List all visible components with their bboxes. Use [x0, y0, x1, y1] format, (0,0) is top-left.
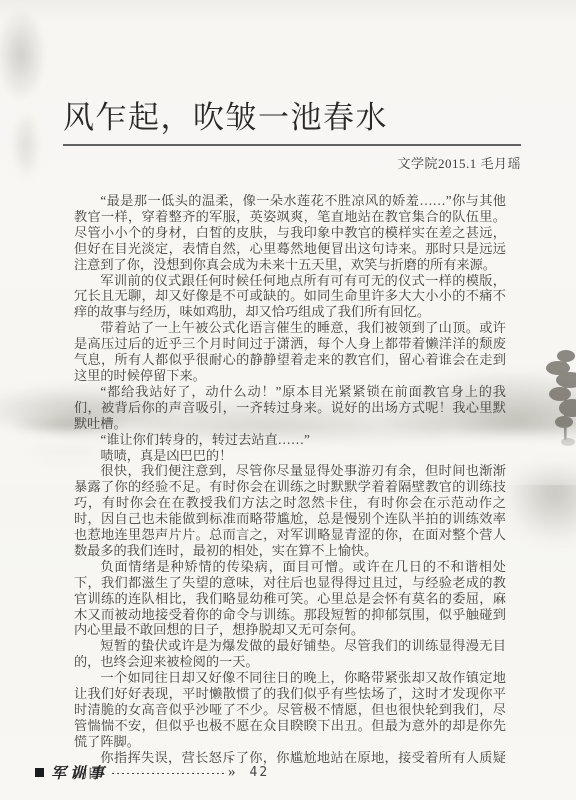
paragraph: “谁让你们转身的，转过去站直……” — [74, 432, 506, 448]
footer-arrow-glyph: » — [228, 764, 236, 781]
footer-square-bullet-icon — [35, 768, 44, 777]
footer-dotted-leader — [112, 773, 224, 775]
paragraph: “最是那一低头的温柔，像一朵水莲花不胜凉风的娇羞……”你与其他教官一样，穿着整齐… — [74, 193, 506, 273]
paragraph: 带着站了一上午被公式化语言催生的睡意，我们被领到了山顶。或许是高压过后的近乎三个… — [74, 320, 506, 384]
paragraph: 啧啧，真是凶巴巴的！ — [74, 448, 506, 464]
pine-tree-silhouette — [514, 342, 576, 482]
ink-smudge-decoration — [6, 95, 46, 195]
article-title: 风乍起，吹皱一池春水 — [63, 100, 521, 136]
article-byline: 文学院2015.1 毛月瑶 — [63, 153, 521, 172]
paragraph: 短暂的蛰伏或许是为爆发做的最好铺垫。尽管我们的训练显得漫无目的，也终会迎来被检阅… — [74, 638, 506, 670]
scanned-document-page: 风乍起，吹皱一池春水 文学院2015.1 毛月瑶 “最是那一低头的温柔，像一朵水… — [0, 0, 576, 800]
paragraph: 很快，我们便注意到，尽管你尽量显得处事游刃有余，但时间也渐渐暴露了你的经验不足。… — [74, 463, 506, 558]
paragraph: 负面情绪是种矫情的传染病，面目可憎。或许在几日的不和谐相处下，我们都滋生了失望的… — [74, 559, 506, 639]
journal-section-title: 军训事 — [51, 762, 108, 783]
paragraph: “都给我站好了，动什么动！”原本目光紧紧锁在前面教官身上的我们，被背后你的声音吸… — [74, 384, 506, 432]
title-underline — [63, 144, 521, 146]
paragraph: 一个如同往日却又好像不同往日的晚上，你略带紧张却又故作镇定地让我们好好表现，平时… — [74, 670, 506, 750]
page-footer: 军训事 » 42 — [35, 764, 269, 780]
watermark-reflection-right — [506, 458, 576, 543]
article-header: 风乍起，吹皱一池春水 文学院2015.1 毛月瑶 — [63, 100, 521, 172]
paragraph: 军训前的仪式跟任何时候任何地点所有可有可无的仪式一样的模版，冗长且无聊，却又好像… — [74, 273, 506, 321]
article-body: “最是那一低头的温柔，像一朵水莲花不胜凉风的娇羞……”你与其他教官一样，穿着整齐… — [74, 193, 506, 782]
page-number: 42 — [250, 765, 270, 780]
